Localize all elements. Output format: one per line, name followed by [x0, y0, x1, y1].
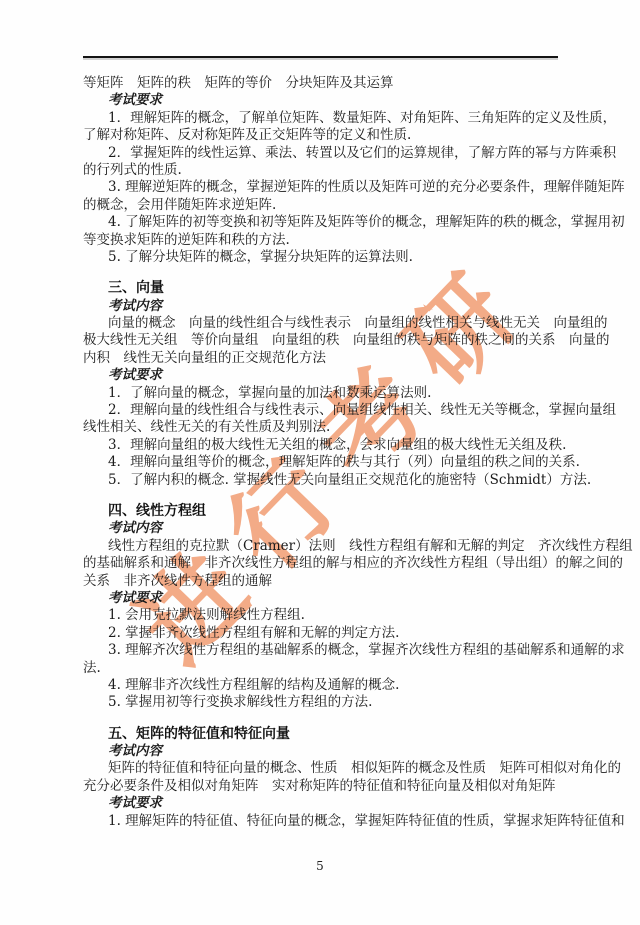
text-line: 5．了解内积的概念. 掌握线性无关向量组正交规范化的施密特（Schmidt）方法… [83, 472, 561, 489]
exam-label: 考试要求 [83, 92, 561, 109]
text-line: 3. 理解齐次线性方程组的基础解系的概念，掌握齐次线性方程组的基础解系和通解的求 [83, 642, 561, 659]
section-heading: 四、线性方程组 [83, 503, 561, 520]
document-section: 三、向量考试内容向量的概念 向量的线性组合与线性表示 向量组的线性相关与线性无关… [83, 280, 561, 489]
exam-label: 考试要求 [83, 367, 561, 384]
exam-label: 考试要求 [83, 590, 561, 607]
text-line: 5. 了解分块矩阵的概念，掌握分块矩阵的运算法则. [83, 249, 561, 266]
text-line: 了解对称矩阵、反对称矩阵及正交矩阵等的定义和性质. [83, 127, 561, 144]
text-line: 极大线性无关组 等价向量组 向量组的秩 向量组的秩与矩阵的秩之间的关系 向量的 [83, 332, 561, 349]
header-rule [83, 56, 558, 58]
text-line: 矩阵的特征值和特征向量的概念、性质 相似矩阵的概念及性质 矩阵可相似对角化的 [83, 760, 561, 777]
text-line: 2．理解向量的线性组合与线性表示、向量组线性相关、线性无关等概念，掌握向量组 [83, 402, 561, 419]
text-line: 的概念，会用伴随矩阵求逆矩阵. [83, 197, 561, 214]
text-line: 线性方程组的克拉默（Cramer）法则 线性方程组有解和无解的判定 齐次线性方程… [83, 538, 561, 555]
document-section: 五、矩阵的特征值和特征向量考试内容矩阵的特征值和特征向量的概念、性质 相似矩阵的… [83, 726, 561, 830]
text-line: 1. 会用克拉默法则解线性方程组. [83, 607, 561, 624]
text-line: 1．了解向量的概念，掌握向量的加法和数乘运算法则. [83, 385, 561, 402]
exam-label: 考试要求 [83, 795, 561, 812]
section-heading: 五、矩阵的特征值和特征向量 [83, 726, 561, 743]
text-line: 向量的概念 向量的线性组合与线性表示 向量组的线性相关与线性无关 向量组的 [83, 315, 561, 332]
exam-label: 考试内容 [83, 520, 561, 537]
text-line: 法. [83, 660, 561, 677]
text-line: 3．理解向量组的极大线性无关组的概念，会求向量组的极大线性无关组及秩. [83, 437, 561, 454]
text-line: 3. 理解逆矩阵的概念，掌握逆矩阵的性质以及矩阵可逆的充分必要条件，理解伴随矩阵 [83, 179, 561, 196]
text-line: 4．理解向量组等价的概念，理解矩阵的秩与其行（列）向量组的秩之间的关系. [83, 454, 561, 471]
document-section: 四、线性方程组考试内容线性方程组的克拉默（Cramer）法则 线性方程组有解和无… [83, 503, 561, 712]
text-line: 5. 掌握用初等行变换求解线性方程组的方法. [83, 694, 561, 711]
text-line: 等矩阵 矩阵的秩 矩阵的等价 分块矩阵及其运算 [83, 75, 561, 92]
section-heading: 三、向量 [83, 280, 561, 297]
text-line: 等变换求矩阵的逆矩阵和秩的方法. [83, 232, 561, 249]
document-section: 等矩阵 矩阵的秩 矩阵的等价 分块矩阵及其运算考试要求1．理解矩阵的概念，了解单… [83, 75, 561, 266]
page-number: 5 [0, 859, 640, 873]
text-line: 2. 掌握非齐次线性方程组有解和无解的判定方法. [83, 625, 561, 642]
page-content: 等矩阵 矩阵的秩 矩阵的等价 分块矩阵及其运算考试要求1．理解矩阵的概念，了解单… [83, 75, 561, 830]
text-line: 充分必要条件及相似对角矩阵 实对称矩阵的特征值和特征向量及相似对角矩阵 [83, 778, 561, 795]
text-line: 线性相关、线性无关的有关性质及判别法. [83, 419, 561, 436]
text-line: 2．掌握矩阵的线性运算、乘法、转置以及它们的运算规律，了解方阵的幂与方阵乘积 [83, 145, 561, 162]
document-page: 进行考研 等矩阵 矩阵的秩 矩阵的等价 分块矩阵及其运算考试要求1．理解矩阵的概… [0, 0, 640, 925]
text-line: 1. 理解矩阵的特征值、特征向量的概念，掌握矩阵特征值的性质，掌握求矩阵特征值和 [83, 813, 561, 830]
text-line: 4. 理解非齐次线性方程组解的结构及通解的概念. [83, 677, 561, 694]
exam-label: 考试内容 [83, 743, 561, 760]
text-line: 1．理解矩阵的概念，了解单位矩阵、数量矩阵、对角矩阵、三角矩阵的定义及性质， [83, 110, 561, 127]
text-line: 的基础解系和通解 非齐次线性方程组的解与相应的齐次线性方程组（导出组）的解之间的 [83, 555, 561, 572]
text-line: 的行列式的性质. [83, 162, 561, 179]
text-line: 内积 线性无关向量组的正交规范化方法 [83, 350, 561, 367]
text-line: 关系 非齐次线性方程组的通解 [83, 573, 561, 590]
text-line: 4. 了解矩阵的初等变换和初等矩阵及矩阵等价的概念，理解矩阵的秩的概念，掌握用初 [83, 214, 561, 231]
exam-label: 考试内容 [83, 298, 561, 315]
